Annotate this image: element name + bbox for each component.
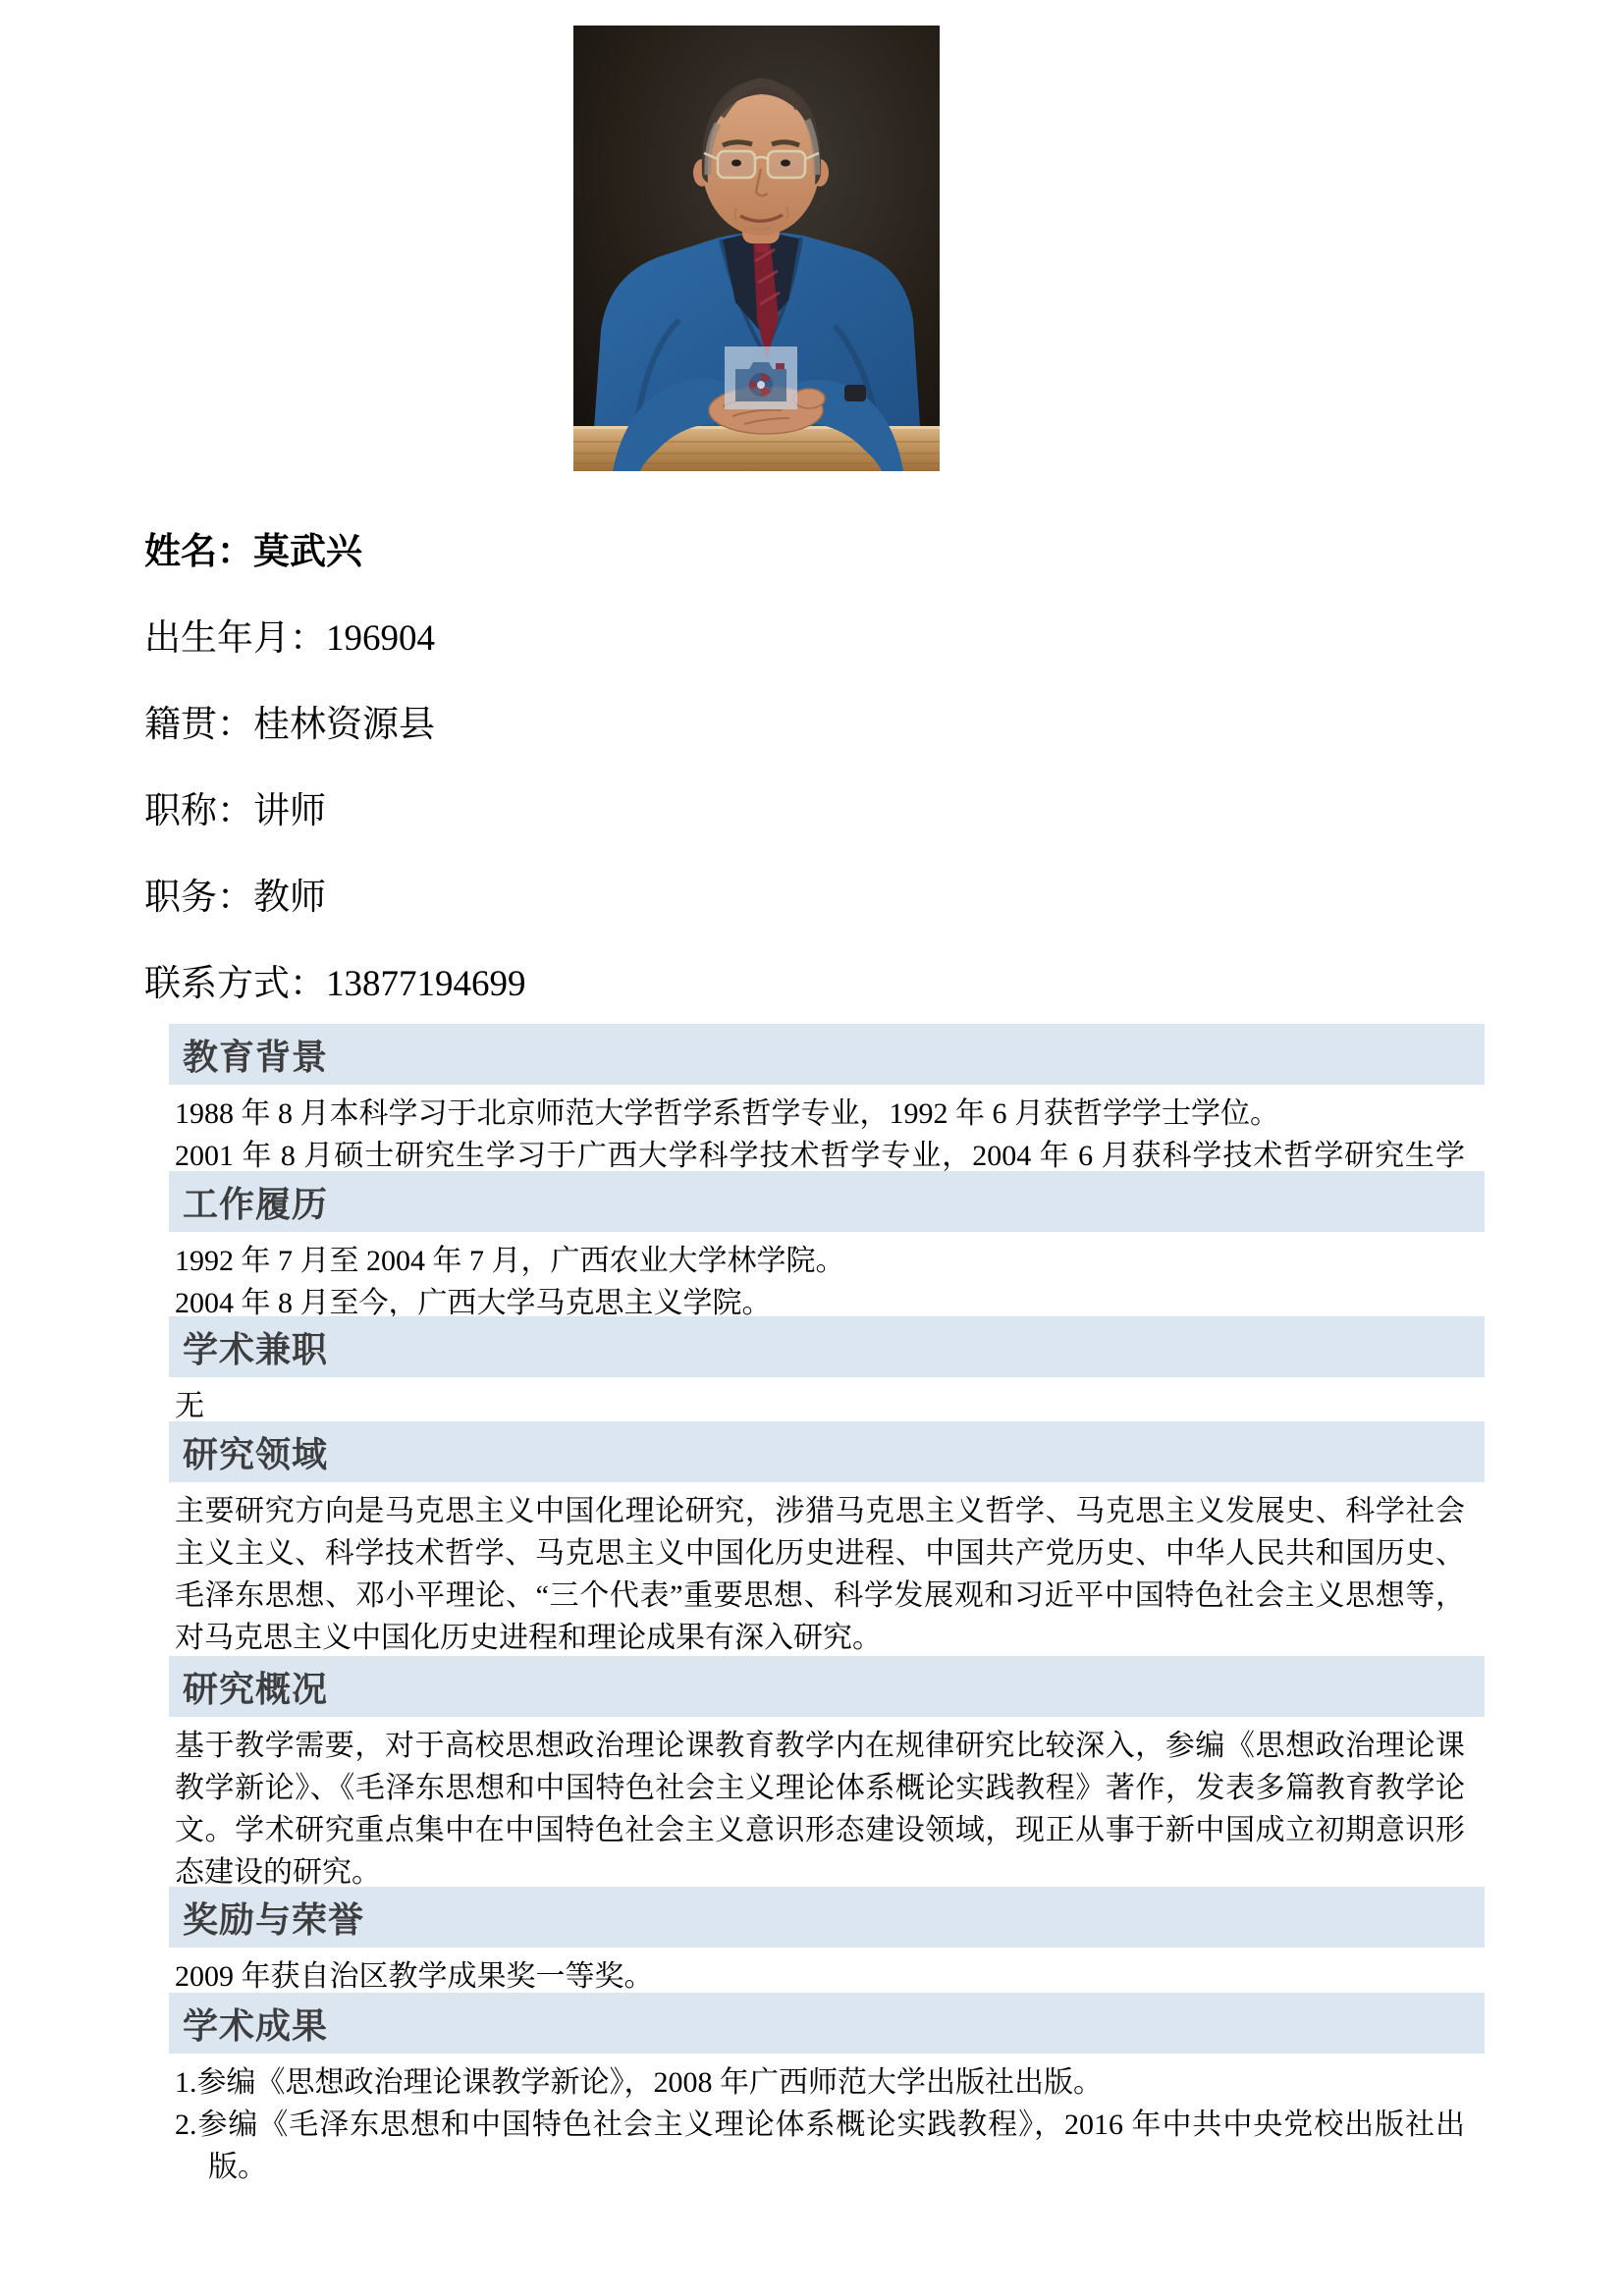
profile-section: 奖励与荣誉 2009 年获自治区教学成果奖一等奖。 (169, 1887, 1485, 1998)
section-header: 奖励与荣誉 (169, 1887, 1485, 1948)
section-header: 教育背景 (169, 1024, 1485, 1085)
section-content: 主要研究方向是马克思主义中国化理论研究，涉猎马克思主义哲学、马克思主义发展史、科… (169, 1490, 1485, 1659)
resume-page: 姓名：莫武兴 出生年月：196904 籍贯：桂林资源县 职称：讲师 职务：教师 … (0, 0, 1624, 2296)
section-paragraph: 基于教学需要，对于高校思想政治理论课教育教学内在规律研究比较深入，参编《思想政治… (175, 1725, 1465, 1894)
profile-section: 工作履历 1992 年 7 月至 2004 年 7 月，广西农业大学林学院。20… (169, 1171, 1485, 1324)
section-title: 奖励与荣誉 (183, 1893, 364, 1943)
section-paragraph: 1.参编《思想政治理论课教学新论》，2008 年广西师范大学出版社出版。 (175, 2061, 1465, 2104)
section-header: 工作履历 (169, 1171, 1485, 1232)
section-title: 研究概况 (183, 1662, 328, 1712)
section-title: 工作履历 (183, 1177, 328, 1227)
profile-section: 研究领域 主要研究方向是马克思主义中国化理论研究，涉猎马克思主义哲学、马克思主义… (169, 1421, 1485, 1659)
section-title: 教育背景 (183, 1030, 328, 1080)
profile-section: 研究概况 基于教学需要，对于高校思想政治理论课教育教学内在规律研究比较深入，参编… (169, 1656, 1485, 1894)
section-content: 1992 年 7 月至 2004 年 7 月，广西农业大学林学院。2004 年 … (169, 1240, 1485, 1324)
profile-section: 学术成果 1.参编《思想政治理论课教学新论》，2008 年广西师范大学出版社出版… (169, 1993, 1485, 2188)
section-paragraph: 2.参编《毛泽东思想和中国特色社会主义理论体系概论实践教程》，2016 年中共中… (175, 2104, 1465, 2188)
section-header: 研究领域 (169, 1421, 1485, 1482)
section-paragraph: 2009 年获自治区教学成果奖一等奖。 (175, 1955, 1465, 1998)
section-header: 学术兼职 (169, 1316, 1485, 1377)
section-header: 研究概况 (169, 1656, 1485, 1717)
section-paragraph: 1988 年 8 月本科学习于北京师范大学哲学系哲学专业，1992 年 6 月获… (175, 1093, 1465, 1135)
sections: 教育背景 1988 年 8 月本科学习于北京师范大学哲学系哲学专业，1992 年… (169, 0, 1485, 2296)
section-content: 1.参编《思想政治理论课教学新论》，2008 年广西师范大学出版社出版。2.参编… (169, 2061, 1485, 2188)
section-title: 研究领域 (183, 1427, 328, 1477)
section-content: 2009 年获自治区教学成果奖一等奖。 (169, 1955, 1485, 1998)
section-title: 学术成果 (183, 1999, 328, 2049)
section-paragraph: 主要研究方向是马克思主义中国化理论研究，涉猎马克思主义哲学、马克思主义发展史、科… (175, 1490, 1465, 1659)
section-title: 学术兼职 (183, 1322, 328, 1372)
section-content: 基于教学需要，对于高校思想政治理论课教育教学内在规律研究比较深入，参编《思想政治… (169, 1725, 1485, 1894)
section-header: 学术成果 (169, 1993, 1485, 2054)
section-paragraph: 1992 年 7 月至 2004 年 7 月，广西农业大学林学院。 (175, 1240, 1465, 1282)
profile-section: 学术兼职 无 (169, 1316, 1485, 1427)
